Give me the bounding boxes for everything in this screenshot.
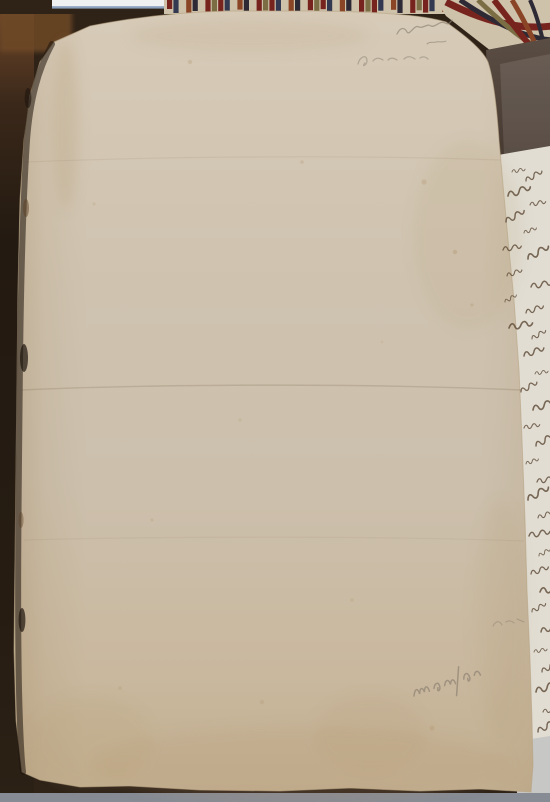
marble-stripe bbox=[359, 0, 364, 12]
marble-stripe bbox=[276, 0, 281, 11]
marble-stripe bbox=[321, 0, 326, 9]
page-edge-tone bbox=[14, 11, 533, 792]
marble-stripe bbox=[282, 0, 287, 12]
photo-canvas bbox=[0, 0, 550, 802]
marble-stripe bbox=[333, 0, 338, 10]
marble-stripe bbox=[167, 0, 172, 9]
marble-stripe bbox=[173, 0, 178, 13]
stain bbox=[315, 695, 425, 775]
marble-stripe bbox=[205, 0, 210, 12]
marble-stripe bbox=[289, 0, 294, 12]
marble-stripe bbox=[308, 0, 313, 10]
marble-stripe bbox=[372, 0, 377, 12]
marble-stripe bbox=[404, 0, 409, 9]
marble-stripe bbox=[237, 0, 242, 10]
marble-stripe bbox=[295, 0, 300, 11]
marble-stripe bbox=[423, 0, 428, 13]
marble-stripe bbox=[365, 0, 370, 12]
marble-stripe bbox=[391, 0, 396, 10]
stain bbox=[130, 20, 370, 52]
marble-stripe bbox=[186, 0, 191, 13]
marble-stripe bbox=[385, 0, 390, 13]
marble-stripe bbox=[199, 0, 204, 12]
marble-stripe bbox=[218, 0, 223, 12]
marble-stripe bbox=[225, 0, 230, 11]
marble-stripe bbox=[263, 0, 268, 10]
marble-stripe bbox=[250, 0, 255, 9]
marble-stripe bbox=[397, 0, 402, 13]
marble-stripe bbox=[340, 0, 345, 13]
book-photograph bbox=[0, 0, 550, 802]
marble-stripe bbox=[429, 0, 434, 11]
stain bbox=[32, 696, 152, 788]
stain bbox=[53, 40, 79, 210]
marble-stripe bbox=[212, 0, 217, 12]
marble-stripe bbox=[353, 0, 358, 12]
glassine-film bbox=[500, 54, 550, 154]
marble-stripe bbox=[193, 0, 198, 11]
stain bbox=[413, 140, 523, 330]
marble-stripe bbox=[417, 0, 422, 10]
marble-stripe bbox=[346, 0, 351, 11]
marble-stripe bbox=[378, 0, 383, 11]
marble-stripe bbox=[180, 0, 185, 10]
marble-stripe bbox=[410, 0, 415, 13]
stain bbox=[90, 727, 510, 802]
